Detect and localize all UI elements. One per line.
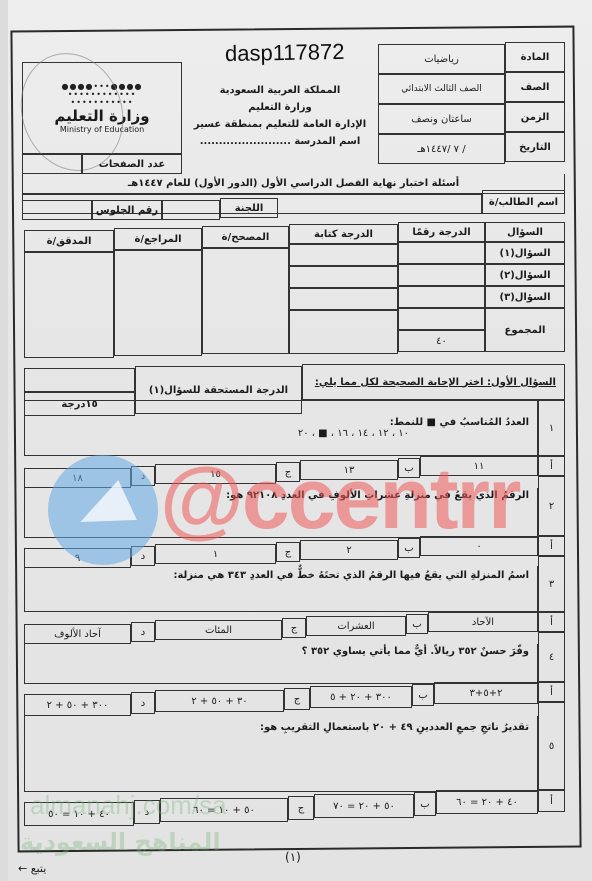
grades-header-question: السؤال (485, 222, 565, 242)
reviewer-signature[interactable] (114, 250, 202, 356)
seat-number-field[interactable] (22, 200, 92, 220)
q1-number: ١ (538, 400, 565, 456)
q3-text: اسمُ المنزلةِ التي يقعُ فيها الرقمُ الذي… (173, 570, 529, 581)
ministry-name: وزارة التعليم (248, 99, 311, 116)
grades-total-label: المجموع (485, 308, 565, 352)
q3-opt-a[interactable]: الآحاد (428, 612, 538, 632)
grades-header-corrector: المصحح/ة (202, 226, 289, 248)
q3-opt-b-letter: ب (406, 614, 428, 634)
q3-text-box: اسمُ المنزلةِ التي يقعُ فيها الرقمُ الذي… (24, 566, 538, 612)
q5-text: تقديرُ ناتجِ جمعِ العددينِ ٤٩ + ٢٠ باستع… (260, 722, 529, 733)
q5-opt-b[interactable]: ٥٠ + ٢٠ = ٧٠ (314, 794, 414, 818)
student-name-label: اسم الطالب/ة (482, 190, 565, 214)
section1-score-field[interactable] (24, 368, 135, 392)
grades-header-numeric: الدرجة رقمًا (398, 222, 485, 242)
country-name: المملكة العربية السعودية (220, 82, 341, 99)
grades-header-written: الدرجة كتابة (289, 224, 398, 244)
pages-value (22, 154, 82, 174)
q1-text-box: العددُ المُناسبُ في ■ للنمط: ١٠ ، ١٢ ، ١… (24, 400, 538, 456)
q3-opt-a-letter: أ (538, 612, 565, 632)
grades-row-q2: السؤال(٢) (485, 264, 565, 286)
auditor-signature[interactable] (24, 252, 114, 358)
seat-number-label: رقم الجلوس (92, 200, 162, 220)
continue-label: يتبع ← (18, 862, 46, 875)
q4-opt-c[interactable]: ٣٠ + ٥٠ + ٢ (155, 690, 284, 712)
school-name-field: اسم المدرسة ........................ (200, 133, 361, 150)
q4-number: ٤ (538, 632, 565, 682)
document-code: dasp117872 (225, 39, 345, 67)
q4-opt-d[interactable]: ٣٠٠ + ٥٠ + ٢ (24, 694, 131, 716)
value-date: / ٧ /١٤٤٧هـ (378, 134, 505, 164)
q4-opt-d-letter: د (131, 692, 155, 714)
q3-opt-c[interactable]: المئات (155, 620, 282, 640)
q4-opt-a-letter: أ (538, 682, 565, 702)
q1-opt-a-letter: أ (538, 456, 565, 476)
grade-q1-written[interactable] (289, 244, 398, 266)
label-time: الزمن (505, 102, 565, 132)
committee-label: اللجنة (220, 198, 278, 218)
q5-opt-a[interactable]: ٤٠ + ٢٠ = ٦٠ (436, 790, 538, 814)
q3-opt-c-letter: ج (282, 618, 306, 638)
q1-text: العددُ المُناسبُ في ■ للنمط: (390, 417, 529, 428)
telegram-icon (48, 455, 158, 565)
pages-label: عدد الصفحات (82, 154, 182, 174)
grade-q2-numeric[interactable] (398, 264, 485, 286)
watermark-site-arabic: المناهج السعودية (20, 828, 221, 856)
value-grade: الصف الثالث الابتدائي (378, 74, 505, 104)
administration-name: الإدارة العامة للتعليم بمنطقة عسير (194, 116, 366, 133)
value-subject: رياضيات (378, 44, 505, 74)
q4-text: وفّرَ حسنٌ ٣٥٢ ريالاً. أيٌّ مما يأتي يسا… (302, 646, 529, 657)
value-time: ساعتان ونصف (378, 104, 505, 134)
grade-q3-written[interactable] (289, 288, 398, 310)
label-date: التاريخ (505, 132, 565, 162)
q3-opt-b[interactable]: العشرات (306, 616, 406, 636)
q1-pattern: ١٠ ، ١٢ ، ١٤ ، ١٦ ، ■ ، ٢٠ (298, 428, 409, 439)
corrector-signature[interactable] (202, 248, 289, 354)
q3-number: ٣ (538, 556, 565, 612)
grades-header-reviewer: المراجع/ة (114, 228, 202, 250)
q5-number: ٥ (538, 702, 565, 790)
q4-opt-a[interactable]: ٢+٥+٣ (434, 682, 538, 704)
grades-header-auditor: المدقق/ة (24, 230, 114, 252)
q4-opt-c-letter: ج (284, 688, 310, 710)
q4-text-box: وفّرَ حسنٌ ٣٥٢ ريالاً. أيٌّ مما يأتي يسا… (24, 644, 538, 684)
grade-total-numeric[interactable] (398, 308, 485, 330)
q4-opt-b-letter: ب (412, 684, 434, 706)
grade-total-max: ٤٠ (398, 330, 485, 352)
page-number: (١) (285, 850, 301, 864)
committee-field[interactable] (162, 200, 220, 220)
grade-q1-numeric[interactable] (398, 242, 485, 264)
q5-text-box: تقديرُ ناتجِ جمعِ العددينِ ٤٩ + ٢٠ باستع… (24, 716, 538, 792)
q2-number: ٢ (538, 476, 565, 536)
grade-total-written[interactable] (289, 310, 398, 354)
q5-opt-c-letter: ج (288, 796, 314, 820)
paper-plane-icon (71, 480, 137, 542)
grade-q3-numeric[interactable] (398, 286, 485, 308)
watermark-handle: @ccentrr (160, 450, 519, 549)
q4-opt-b[interactable]: ٣٠٠ + ٢٠ + ٥ (310, 686, 412, 708)
grades-row-q1: السؤال(١) (485, 242, 565, 264)
grades-row-q3: السؤال(٣) (485, 286, 565, 308)
q5-opt-b-letter: ب (414, 792, 436, 816)
watermark-site: almanahj.com/sa (30, 790, 227, 821)
label-grade: الصف (505, 72, 565, 102)
grade-q2-written[interactable] (289, 266, 398, 288)
q5-opt-a-letter: أ (538, 790, 565, 812)
q3-opt-d[interactable]: آحاد الألوف (24, 624, 131, 644)
q3-opt-d-letter: د (131, 622, 155, 642)
section1-title: السؤال الأول: اختر الإجابة الصحيحة لكل م… (302, 364, 565, 400)
label-subject: المادة (505, 42, 565, 72)
q2-opt-a-letter: أ (538, 536, 565, 556)
header-center: المملكة العربية السعودية وزارة التعليم ا… (182, 66, 378, 166)
